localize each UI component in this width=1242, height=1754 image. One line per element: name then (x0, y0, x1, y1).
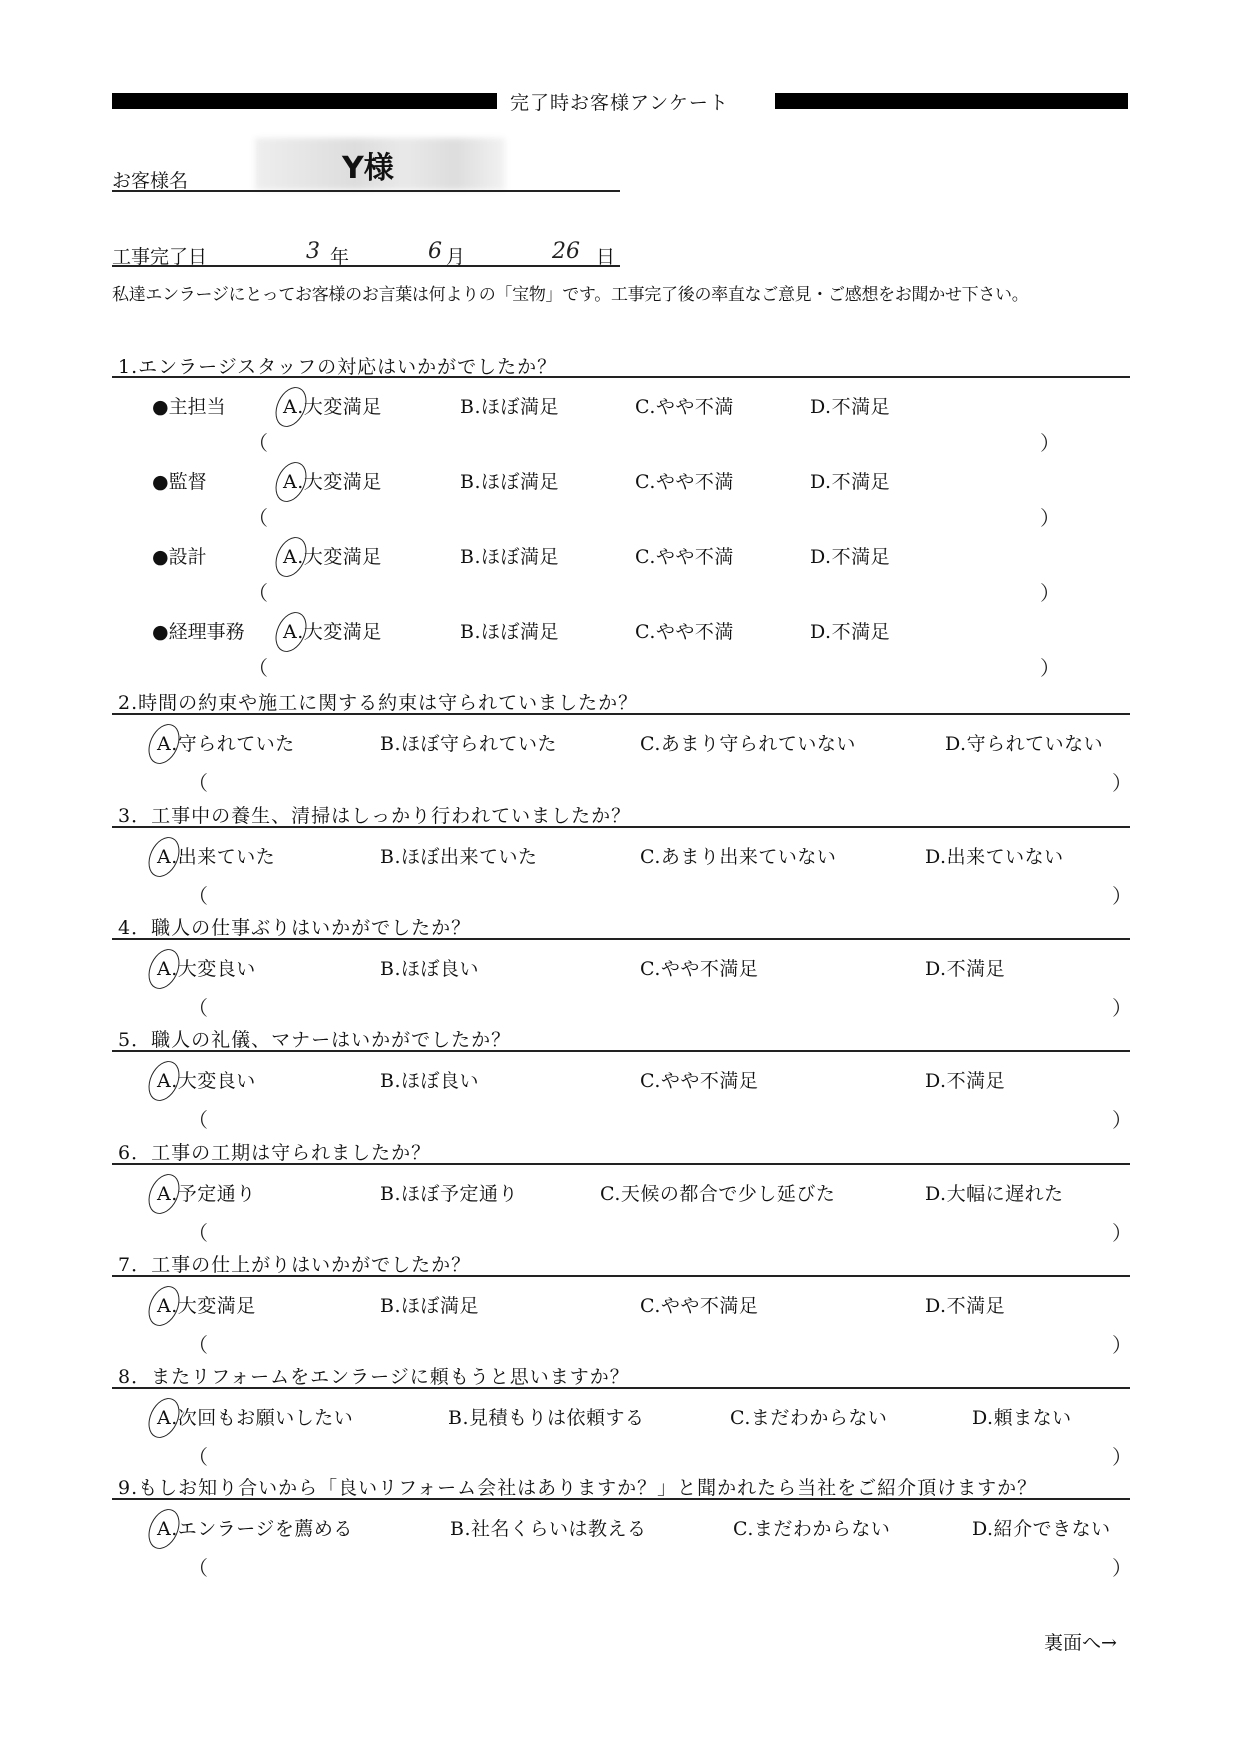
q4-option-c[interactable]: C.やや不満足 (640, 954, 758, 981)
comment-field[interactable] (275, 652, 1045, 678)
intro-text: 私達エンラージにとってお客様のお言葉は何よりの「宝物」です。工事完了後の率直なご… (112, 280, 1028, 305)
q7-option-d[interactable]: D.不満足 (925, 1291, 1005, 1318)
q9-underline (112, 1498, 1130, 1500)
q1-row-label: ●設計 (152, 542, 207, 569)
comment-field[interactable] (212, 1441, 1112, 1467)
comment-paren-open: （ (188, 1329, 208, 1358)
q6-underline (112, 1163, 1130, 1165)
comment-field[interactable] (212, 767, 1112, 793)
comment-field[interactable] (212, 992, 1112, 1018)
q1-option-c[interactable]: C.やや不満 (635, 542, 734, 569)
q1-option-a[interactable]: A.大変満足 (283, 392, 382, 419)
customer-name-underline (112, 190, 620, 192)
q2-option-b[interactable]: B.ほぼ守られていた (380, 729, 557, 756)
q1-option-c[interactable]: C.やや不満 (635, 467, 734, 494)
q7-option-b[interactable]: B.ほぼ満足 (380, 1291, 479, 1318)
comment-paren-close: ） (1112, 1217, 1132, 1246)
q1-option-a[interactable]: A.大変満足 (283, 617, 382, 644)
comment-paren-close: ） (1040, 502, 1060, 531)
q6-question: 6．工事の工期は守られましたか？ (118, 1138, 431, 1165)
comment-paren-open: （ (248, 502, 268, 531)
q5-option-d[interactable]: D.不満足 (925, 1066, 1005, 1093)
comment-paren-close: ） (1112, 1329, 1132, 1358)
comment-paren-close: ） (1040, 427, 1060, 456)
comment-field[interactable] (212, 1552, 1112, 1578)
q2-option-d[interactable]: D.守られていない (945, 729, 1103, 756)
q1-option-c[interactable]: C.やや不満 (635, 617, 734, 644)
q6-option-d[interactable]: D.大幅に遅れた (925, 1179, 1064, 1206)
q1-option-d[interactable]: D.不満足 (810, 392, 890, 419)
q3-option-a[interactable]: A.出来ていた (157, 842, 275, 869)
q3-underline (112, 826, 1130, 828)
q7-option-c[interactable]: C.やや不満足 (640, 1291, 758, 1318)
q1-row-label: ●監督 (152, 467, 207, 494)
q4-option-a[interactable]: A.大変良い (157, 954, 256, 981)
q2-question: 2.時間の約束や施工に関する約束は守られていましたか？ (118, 688, 638, 715)
comment-paren-open: （ (248, 427, 268, 456)
q1-question: 1.エンラージスタッフの対応はいかがでしたか？ (118, 352, 557, 379)
q1-option-b[interactable]: B.ほぼ満足 (460, 392, 559, 419)
next-page-link[interactable]: 裏面へ→ (1044, 1628, 1117, 1655)
q7-underline (112, 1275, 1130, 1277)
q3-question: 3．工事中の養生、清掃はしっかり行われていましたか？ (118, 801, 631, 828)
comment-paren-open: （ (248, 577, 268, 606)
comment-paren-close: ） (1112, 992, 1132, 1021)
comment-field[interactable] (212, 1329, 1112, 1355)
completion-month-value[interactable]: 6 (428, 239, 442, 264)
comment-paren-open: （ (188, 1104, 208, 1133)
q8-option-c[interactable]: C.まだわからない (730, 1403, 887, 1430)
completion-year-value[interactable]: 3 (306, 239, 320, 264)
q4-option-b[interactable]: B.ほぼ良い (380, 954, 479, 981)
q9-option-c[interactable]: C.まだわからない (733, 1514, 890, 1541)
q9-option-a[interactable]: A.エンラージを薦める (157, 1514, 353, 1541)
q1-option-d[interactable]: D.不満足 (810, 542, 890, 569)
q1-underline (112, 376, 1130, 378)
q9-option-d[interactable]: D.紹介できない (972, 1514, 1111, 1541)
comment-paren-open: （ (188, 1552, 208, 1581)
q4-underline (112, 938, 1130, 940)
comment-paren-close: ） (1040, 652, 1060, 681)
q2-option-a[interactable]: A.守られていた (157, 729, 295, 756)
q8-option-b[interactable]: B.見積もりは依頼する (448, 1403, 645, 1430)
comment-paren-open: （ (188, 1217, 208, 1246)
q1-option-a[interactable]: A.大変満足 (283, 542, 382, 569)
comment-field[interactable] (275, 427, 1045, 453)
q1-option-a[interactable]: A.大変満足 (283, 467, 382, 494)
q3-option-d[interactable]: D.出来ていない (925, 842, 1064, 869)
page-title: 完了時お客様アンケート (510, 88, 729, 115)
q3-option-b[interactable]: B.ほぼ出来ていた (380, 842, 538, 869)
comment-paren-close: ） (1112, 880, 1132, 909)
q5-underline (112, 1050, 1130, 1052)
q9-option-b[interactable]: B.社名くらいは教える (450, 1514, 647, 1541)
comment-paren-close: ） (1112, 767, 1132, 796)
q8-option-a[interactable]: A.次回もお願いしたい (157, 1403, 353, 1430)
q7-option-a[interactable]: A.大変満足 (157, 1291, 256, 1318)
header-bar-left (112, 93, 497, 109)
q9-question: 9.もしお知り合いから「良いリフォーム会社はありますか？」と聞かれたら当社をご紹… (118, 1473, 1037, 1500)
q5-option-a[interactable]: A.大変良い (157, 1066, 256, 1093)
comment-field[interactable] (275, 577, 1045, 603)
q3-option-c[interactable]: C.あまり出来ていない (640, 842, 836, 869)
comment-paren-close: ） (1040, 577, 1060, 606)
comment-paren-open: （ (188, 767, 208, 796)
comment-paren-open: （ (188, 880, 208, 909)
customer-label: お客様名 (112, 166, 188, 193)
comment-paren-close: ） (1112, 1104, 1132, 1133)
comment-paren-open: （ (188, 1441, 208, 1470)
comment-field[interactable] (212, 880, 1112, 906)
header-bar-right (775, 93, 1128, 109)
q1-option-b[interactable]: B.ほぼ満足 (460, 467, 559, 494)
customer-name[interactable]: Y様 (342, 143, 394, 187)
q6-option-c[interactable]: C.天候の都合で少し延びた (600, 1179, 835, 1206)
comment-paren-open: （ (188, 992, 208, 1021)
q2-underline (112, 713, 1130, 715)
q7-question: 7．工事の仕上がりはいかがでしたか？ (118, 1250, 471, 1277)
q1-option-b[interactable]: B.ほぼ満足 (460, 617, 559, 644)
q2-option-c[interactable]: C.あまり守られていない (640, 729, 856, 756)
comment-field[interactable] (275, 502, 1045, 528)
q1-option-b[interactable]: B.ほぼ満足 (460, 542, 559, 569)
q6-option-b[interactable]: B.ほぼ予定通り (380, 1179, 518, 1206)
q1-row-label: ●経理事務 (152, 617, 245, 644)
comment-field[interactable] (212, 1217, 1112, 1243)
comment-paren-open: （ (248, 652, 268, 681)
q1-row-label: ●主担当 (152, 392, 226, 419)
completion-day-value[interactable]: 26 (552, 239, 580, 264)
comment-paren-close: ） (1112, 1552, 1132, 1581)
q4-option-d[interactable]: D.不満足 (925, 954, 1005, 981)
q6-option-a[interactable]: A.予定通り (157, 1179, 256, 1206)
q5-question: 5．職人の礼儀、マナーはいかがでしたか？ (118, 1025, 511, 1052)
q1-option-c[interactable]: C.やや不満 (635, 392, 734, 419)
q8-option-d[interactable]: D.頼まない (972, 1403, 1072, 1430)
q8-question: 8．またリフォームをエンラージに頼もうと思いますか？ (118, 1362, 630, 1389)
q5-option-b[interactable]: B.ほぼ良い (380, 1066, 479, 1093)
q8-underline (112, 1387, 1130, 1389)
completion-date-underline (112, 265, 620, 267)
comment-field[interactable] (212, 1104, 1112, 1130)
q5-option-c[interactable]: C.やや不満足 (640, 1066, 758, 1093)
comment-paren-close: ） (1112, 1441, 1132, 1470)
q1-option-d[interactable]: D.不満足 (810, 617, 890, 644)
q4-question: 4．職人の仕事ぶりはいかがでしたか？ (118, 913, 471, 940)
q1-option-d[interactable]: D.不満足 (810, 467, 890, 494)
